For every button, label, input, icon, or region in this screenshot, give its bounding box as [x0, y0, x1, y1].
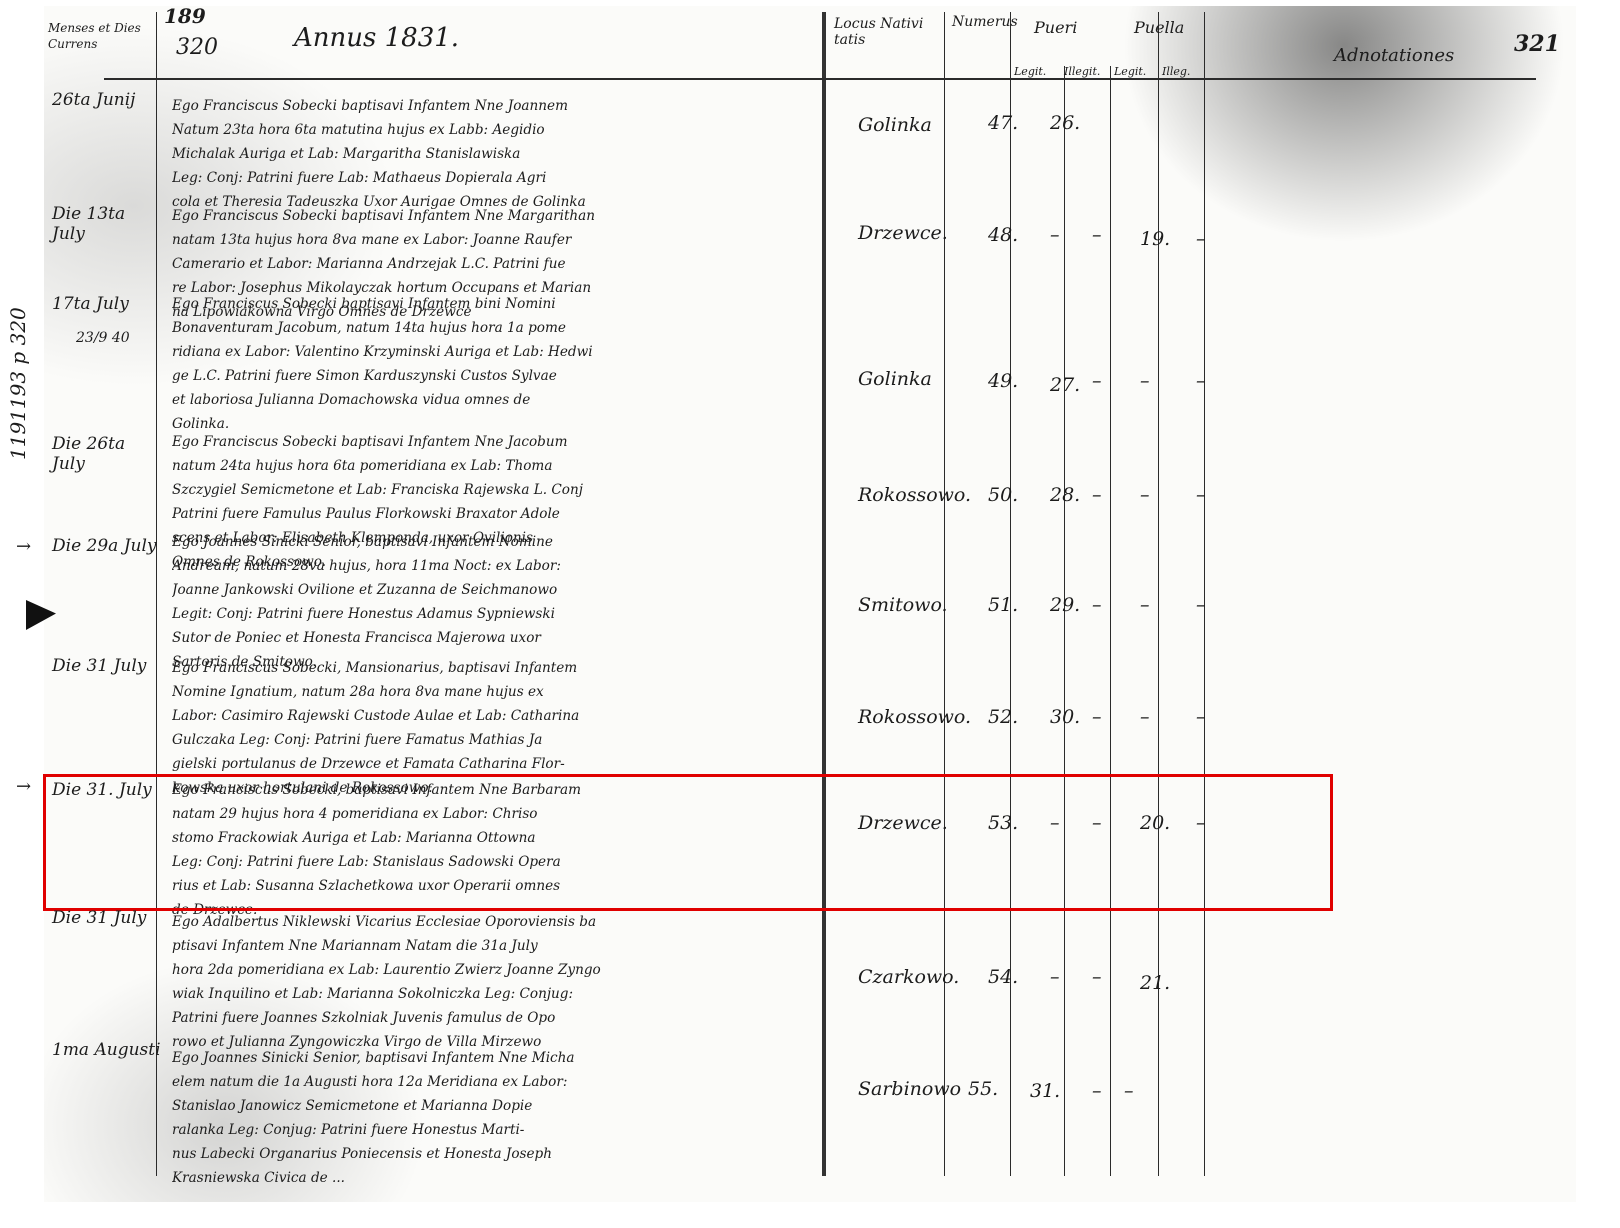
text-line: Krasniewska Civica de ... [172, 1166, 822, 1190]
arrow-marker-icon: → [16, 776, 31, 797]
text-line: Ego Joannes Sinicki Senior, baptisavi In… [172, 1046, 822, 1070]
girls-illegit-count: – [1196, 706, 1236, 728]
column-divider-text [822, 12, 826, 1176]
text-line: nus Labecki Organarius Poniecensis et Ho… [172, 1142, 822, 1166]
place-of-birth: Smitowo. [858, 594, 978, 616]
text-line: Legit: Conj: Patrini fuere Honestus Adam… [172, 602, 822, 626]
place-of-birth: Drzewce. [858, 222, 978, 244]
text-line: ridiana ex Labor: Valentino Krzyminski A… [172, 340, 822, 364]
text-line: ptisavi Infantem Nne Mariannam Natam die… [172, 934, 822, 958]
girls-illegit-count: – [1196, 370, 1236, 392]
boys-illegit-count: – [1092, 484, 1132, 506]
text-line: Michalak Auriga et Lab: Margaritha Stani… [172, 142, 822, 166]
text-line: Bonaventuram Jacobum, natum 14ta hujus h… [172, 316, 822, 340]
entry-number: 48. [988, 224, 1048, 246]
header-months-days: Menses et Dies Currens [48, 20, 152, 52]
column-divider-date [156, 12, 157, 1176]
text-line: Patrini fuere Joannes Szkolniak Juvenis … [172, 1006, 822, 1030]
boys-legit-count: 26. [1050, 112, 1100, 134]
entry-number: 55. [968, 1078, 1028, 1100]
entry-text: Ego Joannes Sinicki Senior, baptisavi In… [172, 530, 822, 674]
place-of-birth: Rokossowo. [858, 484, 978, 506]
archive-reference-note: 1191193 p 320 [6, 307, 30, 460]
place-of-birth: Sarbinowo [858, 1078, 978, 1100]
girls-legit-count: – [1140, 484, 1190, 506]
boys-illegit-count: – [1092, 594, 1132, 616]
page-title: Annus 1831. [294, 30, 459, 46]
text-line: Ego Adalbertus Niklewski Vicarius Eccles… [172, 910, 822, 934]
girls-illegit-count: – [1196, 594, 1236, 616]
header-place-of-birth: Locus Nativi tatis [834, 16, 934, 48]
entry-number: 50. [988, 484, 1048, 506]
text-line: Stanislao Janowicz Semicmetone et Marian… [172, 1094, 822, 1118]
header-page-ref: 189 [164, 8, 206, 24]
text-line: Joanne Jankowski Ovilione et Zuzanna de … [172, 578, 822, 602]
boys-legit-count: 31. [1030, 1080, 1080, 1102]
entry-date: 17ta July [52, 294, 162, 314]
text-line: Andream, natum 28va hujus, hora 11ma Noc… [172, 554, 822, 578]
text-line: natam 13ta hujus hora 8va mane ex Labor:… [172, 228, 822, 252]
boys-illegit-count: – [1092, 966, 1132, 988]
text-line: Szczygiel Semicmetone et Lab: Franciska … [172, 478, 822, 502]
girls-legit-count: – [1124, 1080, 1174, 1102]
girls-legit-count: 19. [1140, 228, 1190, 250]
arrow-marker-icon: → [16, 536, 31, 557]
text-line: Camerario et Labor: Marianna Andrzejak L… [172, 252, 822, 276]
page-number-right: 321 [1514, 36, 1560, 52]
text-line: Natum 23ta hora 6ta matutina hujus ex La… [172, 118, 822, 142]
entry-date: 1ma Augusti [52, 1040, 162, 1060]
entry-number: 47. [988, 112, 1048, 134]
girls-illegit-count: – [1196, 484, 1236, 506]
entry-date: Die 31 July [52, 656, 162, 676]
entry-number: 51. [988, 594, 1048, 616]
text-line: Labor: Casimiro Rajewski Custode Aulae e… [172, 704, 822, 728]
entry-date: Die 31 July [52, 908, 162, 928]
place-of-birth: Golinka [858, 368, 978, 390]
header-annotations: Adnotationes [1334, 48, 1454, 64]
entry-date: Die 29a July [52, 536, 162, 556]
text-line: Ego Joannes Sinicki Senior, baptisavi In… [172, 530, 822, 554]
entry-number: 49. [988, 370, 1048, 392]
boys-illegit-count: – [1092, 706, 1132, 728]
text-line: hora 2da pomeridiana ex Lab: Laurentio Z… [172, 958, 822, 982]
header-rule [104, 78, 1536, 80]
girls-legit-count: – [1140, 706, 1190, 728]
entry-date: Die 13ta July [52, 204, 162, 244]
text-line: natum 24ta hujus hora 6ta pomeridiana ex… [172, 454, 822, 478]
date-note: 23/9 40 [76, 330, 186, 346]
girls-legit-count: – [1140, 370, 1190, 392]
girls-legit-count: 21. [1140, 972, 1190, 994]
entry-number: 54. [988, 966, 1048, 988]
girls-illegit-count: – [1196, 228, 1236, 250]
text-line: Nomine Ignatium, natum 28a hora 8va mane… [172, 680, 822, 704]
text-line: Ego Franciscus Sobecki baptisavi Infante… [172, 94, 822, 118]
text-line: Gulczaka Leg: Conj: Patrini fuere Famatu… [172, 728, 822, 752]
text-line: elem natum die 1a Augusti hora 12a Merid… [172, 1070, 822, 1094]
entry-date: 26ta Junij [52, 90, 162, 110]
entry-date: Die 26ta July [52, 434, 162, 474]
text-line: Ego Franciscus Sobecki baptisavi Infante… [172, 204, 822, 228]
entry-text: Ego Franciscus Sobecki baptisavi Infante… [172, 292, 822, 436]
text-line: Sutor de Poniec et Honesta Francisca Maj… [172, 626, 822, 650]
text-line: Patrini fuere Famulus Paulus Florkowski … [172, 502, 822, 526]
entry-text: Ego Franciscus Sobecki baptisavi Infante… [172, 94, 822, 214]
text-line: ge L.C. Patrini fuere Simon Karduszynski… [172, 364, 822, 388]
header-girls: Puella [1134, 20, 1184, 36]
text-line: gielski portulanus de Drzewce et Famata … [172, 752, 822, 776]
text-line: wiak Inquilino et Lab: Marianna Sokolnic… [172, 982, 822, 1006]
place-of-birth: Rokossowo. [858, 706, 978, 728]
text-line: Leg: Conj: Patrini fuere Lab: Mathaeus D… [172, 166, 822, 190]
boys-illegit-count: – [1092, 224, 1132, 246]
header-boys: Pueri [1034, 20, 1077, 36]
header-number: Numerus [952, 14, 1008, 30]
text-line: Ego Franciscus Sobecki, Mansionarius, ba… [172, 656, 822, 680]
page-number-left: 320 [176, 40, 218, 56]
girls-legit-count: – [1140, 594, 1190, 616]
place-of-birth: Czarkowo. [858, 966, 978, 988]
text-line: Ego Franciscus Sobecki baptisavi Infante… [172, 430, 822, 454]
entry-number: 52. [988, 706, 1048, 728]
highlighted-entry-box [43, 774, 1333, 911]
entry-text: Ego Joannes Sinicki Senior, baptisavi In… [172, 1046, 822, 1190]
place-of-birth: Golinka [858, 114, 978, 136]
entry-text: Ego Adalbertus Niklewski Vicarius Eccles… [172, 910, 822, 1054]
text-line: et laboriosa Julianna Domachowska vidua … [172, 388, 822, 412]
text-line: Ego Franciscus Sobecki baptisavi Infante… [172, 292, 822, 316]
boys-illegit-count: – [1092, 370, 1132, 392]
text-line: ralanka Leg: Conjug: Patrini fuere Hones… [172, 1118, 822, 1142]
